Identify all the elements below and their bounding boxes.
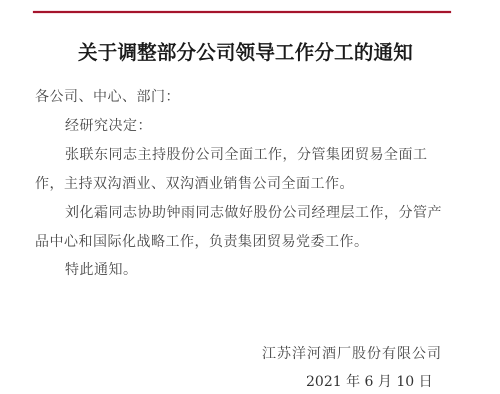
body-paragraph-liu-line1: 刘化霜同志协助钟雨同志做好股份公司经理层工作，分管产 — [65, 203, 442, 223]
document-title: 关于调整部分公司领导工作分工的通知 — [0, 41, 491, 65]
recipient-line: 各公司、中心、部门： — [35, 87, 180, 107]
closing-line: 特此通知。 — [65, 260, 138, 280]
body-paragraph-liu-line2: 品中心和国际化战略工作，负责集团贸易党委工作。 — [35, 232, 369, 252]
red-header-rule — [33, 11, 451, 13]
body-paragraph-decision: 经研究决定： — [65, 116, 152, 136]
body-paragraph-zhang-line2: 作，主持双沟酒业、双沟酒业销售公司全面工作。 — [35, 174, 354, 194]
signature-date: 2021 年 6 月 10 日 — [306, 372, 433, 392]
signature-company: 江苏洋河酒厂股份有限公司 — [262, 344, 442, 364]
body-paragraph-zhang-line1: 张联东同志主持股份公司全面工作，分管集团贸易全面工 — [65, 145, 428, 165]
